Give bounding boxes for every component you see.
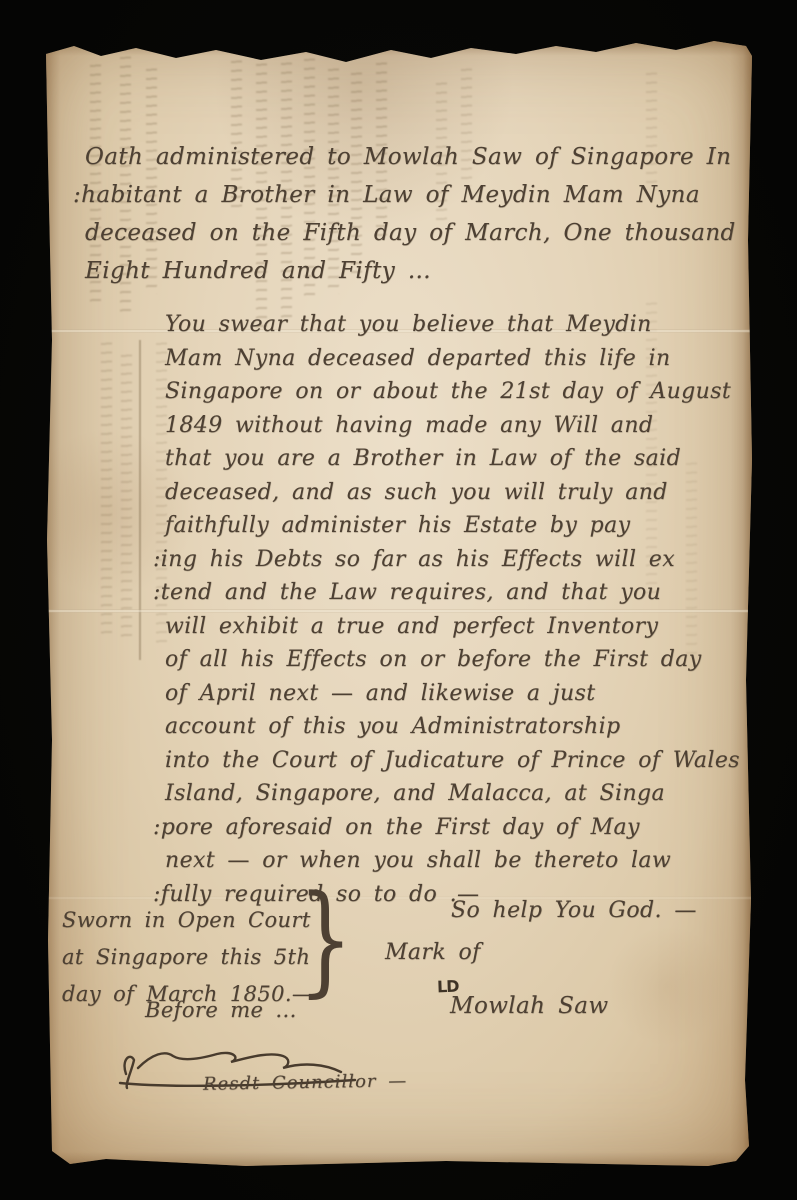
manuscript-line: of all his Effects on or before the Firs… bbox=[165, 643, 750, 677]
manuscript-line: 1849 without having made any Will and bbox=[165, 409, 750, 443]
manuscript-line: deceased on the Fifth day of March, One … bbox=[85, 214, 735, 252]
manuscript-line: Mam Nyna deceased departed this life in bbox=[165, 342, 750, 376]
deponent-name: Mowlah Saw bbox=[450, 993, 608, 1019]
manuscript-line: at Singapore this 5th bbox=[62, 939, 312, 976]
manuscript-line: faithfully administer his Estate by pay bbox=[165, 509, 750, 543]
manuscript-line: You swear that you believe that Meydin bbox=[165, 308, 750, 342]
manuscript-line: Singapore on or about the 21st day of Au… bbox=[165, 375, 750, 409]
oath-closing-line: So help You God. — bbox=[451, 898, 697, 923]
manuscript-line: :pore aforesaid on the First day of May bbox=[153, 811, 750, 845]
mark-of-label: Mark of bbox=[385, 940, 481, 965]
opening-paragraph: Oath administered to Mowlah Saw of Singa… bbox=[85, 138, 735, 290]
manuscript-line: next — or when you shall be thereto law bbox=[165, 844, 750, 878]
manuscript-line: Sworn in Open Court bbox=[62, 902, 312, 939]
manuscript-line: :tend and the Law requires, and that you bbox=[153, 576, 750, 610]
manuscript-line: of April next — and likewise a just bbox=[165, 677, 750, 711]
before-me-line: Before me ... bbox=[145, 998, 297, 1022]
manuscript-line: into the Court of Judicature of Prince o… bbox=[165, 744, 750, 778]
manuscript-line: :ing his Debts so far as his Effects wil… bbox=[153, 543, 750, 577]
manuscript-line: account of this you Administratorship bbox=[165, 710, 750, 744]
document-page: Oath administered to Mowlah Saw of Singa… bbox=[46, 40, 752, 1166]
oath-paragraph: You swear that you believe that Meydin M… bbox=[165, 308, 750, 911]
manuscript-line: Island, Singapore, and Malacca, at Singa bbox=[165, 777, 750, 811]
manuscript-line: Oath administered to Mowlah Saw of Singa… bbox=[85, 138, 735, 176]
manuscript-line: will exhibit a true and perfect Inventor… bbox=[165, 610, 750, 644]
photograph-background: Oath administered to Mowlah Saw of Singa… bbox=[0, 0, 797, 1200]
manuscript-line: deceased, and as such you will truly and bbox=[165, 476, 750, 510]
manuscript-line: :habitant a Brother in Law of Meydin Mam… bbox=[73, 176, 735, 214]
bleedthrough-ink bbox=[121, 352, 132, 640]
bleedthrough-ink bbox=[101, 340, 112, 640]
countersignature-title: Resdt Councillor — bbox=[203, 1070, 408, 1095]
attestation-brace: } bbox=[298, 869, 353, 1009]
manuscript-line: that you are a Brother in Law of the sai… bbox=[165, 442, 750, 476]
attestation-block: Sworn in Open Court at Singapore this 5t… bbox=[62, 902, 312, 1013]
manuscript-line: Eight Hundred and Fifty ... bbox=[85, 252, 735, 290]
